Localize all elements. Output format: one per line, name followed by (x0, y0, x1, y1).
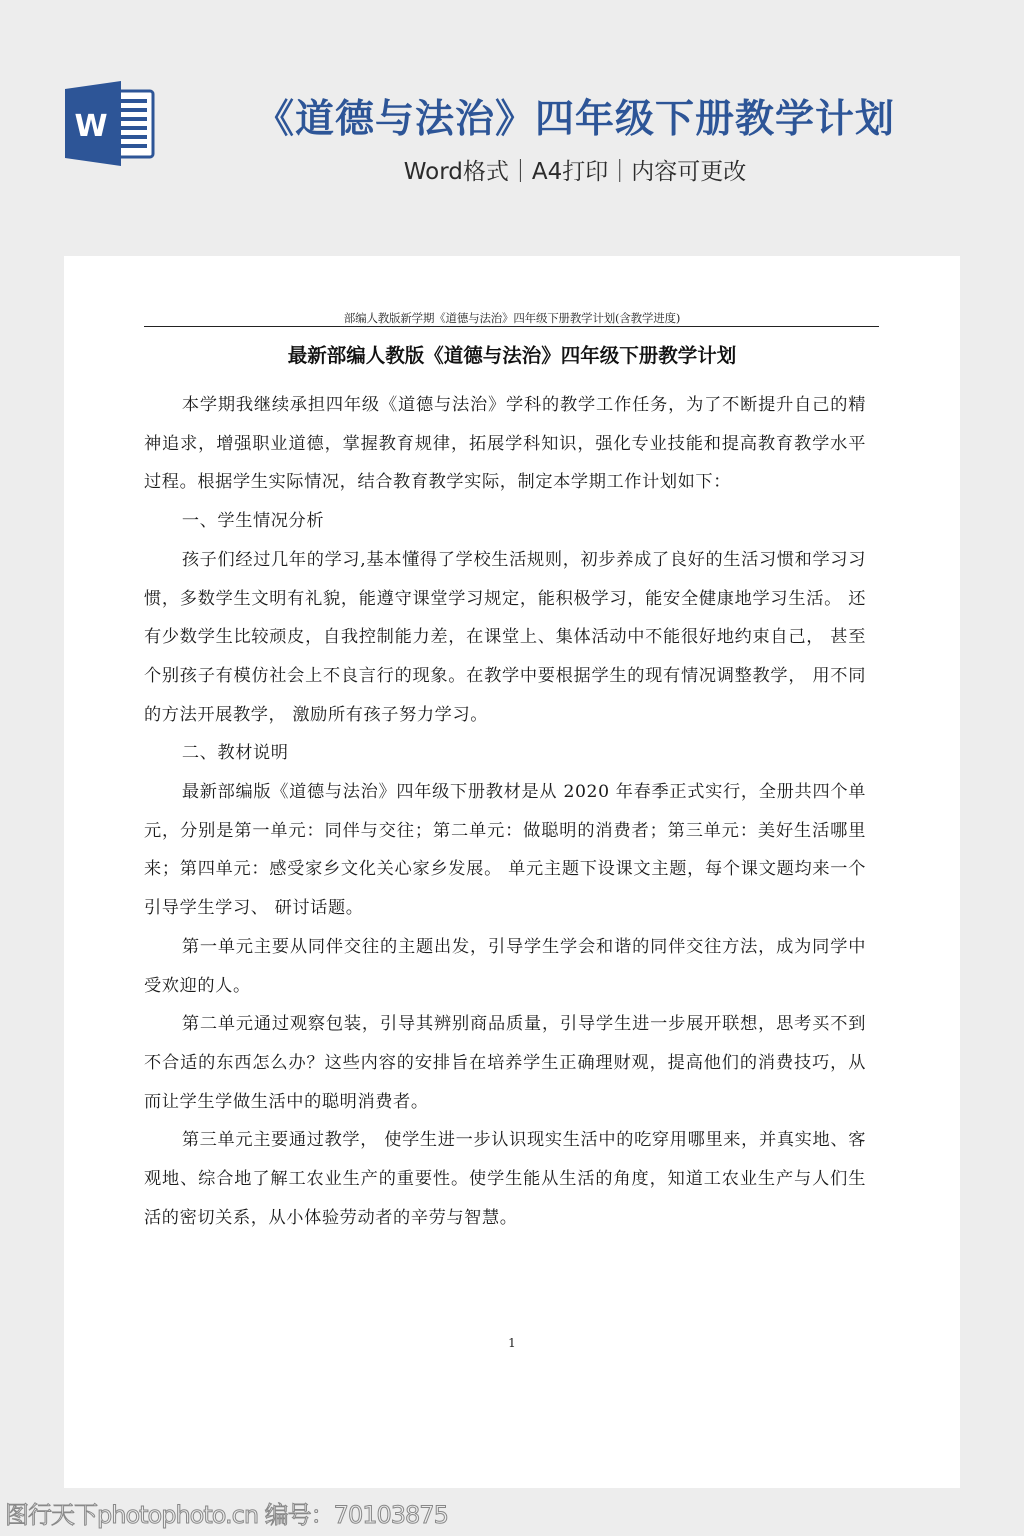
paragraph-unit-3: 第三单元主要通过教学， 使学生进一步认识现实生活中的吃穿用哪里来，并真实地、客观… (144, 1121, 866, 1237)
document-body: 本学期我继续承担四年级《道德与法治》学科的教学工作任务，为了不断提升自己的精神追… (144, 386, 866, 1237)
section-heading-student-analysis: 一、学生情况分析 (144, 502, 866, 541)
page-number: 1 (144, 1336, 880, 1350)
banner-title: 《道德与法治》四年级下册教学计划 (230, 88, 920, 144)
svg-text:W: W (74, 109, 107, 144)
watermark: 图行天下photophoto.cn 编号：70103875 (5, 1495, 448, 1530)
document-title: 最新部编人教版《道德与法治》四年级下册教学计划 (144, 340, 880, 368)
document-page: 部编人教版新学期《道德与法治》四年级下册教学计划(含教学进度) 最新部编人教版《… (64, 256, 960, 1488)
running-header: 部编人教版新学期《道德与法治》四年级下册教学计划(含教学进度) (144, 310, 880, 326)
section-heading-textbook: 二、教材说明 (144, 734, 866, 773)
paragraph-unit-2: 第二单元通过观察包装，引导其辨别商品质量，引导学生进一步展开联想，思考买不到不合… (144, 1005, 866, 1121)
banner-subtitle: Word格式｜A4打印｜内容可更改 (230, 153, 920, 186)
word-icon: W (65, 81, 157, 166)
paragraph-student-analysis: 孩子们经过几年的学习,基本懂得了学校生活规则，初步养成了良好的生活习惯和学习习惯… (144, 541, 866, 735)
paragraph-unit-1: 第一单元主要从同伴交往的主题出发，引导学生学会和谐的同伴交往方法，成为同学中受欢… (144, 928, 866, 1005)
paragraph-intro: 本学期我继续承担四年级《道德与法治》学科的教学工作任务，为了不断提升自己的精神追… (144, 386, 866, 502)
paragraph-textbook: 最新部编版《道德与法治》四年级下册教材是从 2020 年春季正式实行，全册共四个… (144, 773, 866, 928)
header-divider (144, 326, 879, 327)
